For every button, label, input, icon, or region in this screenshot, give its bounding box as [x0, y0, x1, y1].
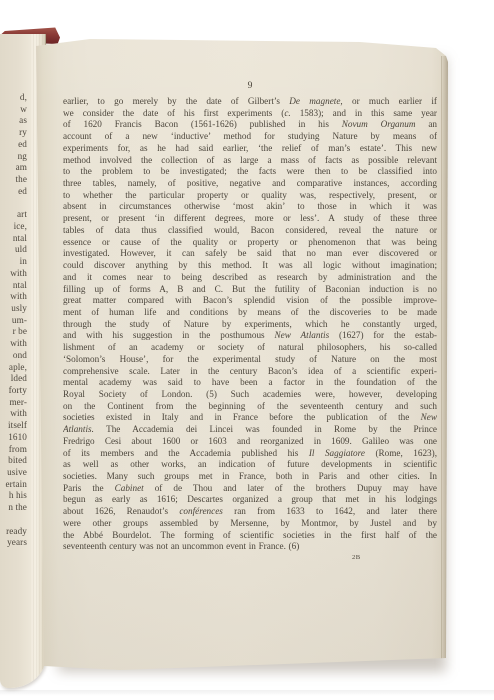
- text-line: absent in circumstances otherwise ‘most …: [63, 201, 437, 213]
- text-line: comprehensive scale. Later in the centur…: [63, 366, 437, 378]
- text-line: Fredrigo Cesi about 1600 or 1603 and reo…: [63, 436, 437, 448]
- text-line: filling up of forms A, B and C. But the …: [63, 284, 437, 296]
- text-line: as well as other works, an indication of…: [63, 459, 437, 471]
- text-line: great matter compared with Bacon’s splen…: [63, 295, 437, 307]
- left-page-text-fragments: d,wasryedngamtheed artice,ntaluldinwithn…: [0, 92, 27, 549]
- left-page-line-fragment: ng: [0, 151, 27, 163]
- left-page-line-fragment: ntal: [0, 280, 27, 292]
- text-line: Royal Society of London. (5) Such academ…: [63, 389, 437, 401]
- left-page-line-fragment: with: [0, 268, 27, 280]
- left-page-line-fragment: [0, 514, 27, 526]
- table-shadow: [0, 690, 494, 696]
- left-page-line-fragment: from: [0, 444, 27, 456]
- left-page-line-fragment: ice,: [0, 221, 27, 233]
- text-line: through the study of Nature by experimen…: [63, 319, 437, 331]
- text-line: of 1620 Francis Bacon (1561-1626) publis…: [63, 119, 437, 131]
- left-page-line-fragment: d,: [0, 92, 27, 104]
- left-page-line-fragment: w: [0, 104, 27, 116]
- left-page-line-fragment: art: [0, 209, 27, 221]
- page-text-block: earlier, to go merely by the date of Gil…: [63, 96, 437, 553]
- text-line: and with his suggestion in the posthumou…: [63, 330, 437, 342]
- text-line: earlier, to go merely by the date of Gil…: [63, 96, 437, 108]
- text-line: could discover anything by this method. …: [63, 260, 437, 272]
- left-page-line-fragment: with: [0, 408, 27, 420]
- text-line: tables of data thus classified would, Ba…: [63, 225, 437, 237]
- text-line: societies existed in Italy and in France…: [63, 412, 437, 424]
- text-line: on the Continent from the beginning of t…: [63, 401, 437, 413]
- text-line: of its members and the Accademia publish…: [63, 448, 437, 460]
- left-page-line-fragment: um-: [0, 315, 27, 327]
- left-page-line-fragment: am: [0, 162, 27, 174]
- text-line: Paris the Cabinet of de Thou and later o…: [63, 483, 437, 495]
- text-line: Atlantis. The Accademia dei Lincei was f…: [63, 424, 437, 436]
- text-line: to whether the particular property or qu…: [63, 190, 437, 202]
- left-page-line-fragment: n the: [0, 502, 27, 514]
- text-line: ment of human life and conditions by mea…: [63, 307, 437, 319]
- left-page-line-fragment: ond: [0, 350, 27, 362]
- book-photo: d,wasryedngamtheed artice,ntaluldinwithn…: [0, 0, 494, 700]
- left-page-line-fragment: ed: [0, 186, 27, 198]
- text-line: experiments for, as he had said earlier,…: [63, 143, 437, 155]
- left-page-line-fragment: ready: [0, 526, 27, 538]
- text-line: and it comes near to being described as …: [63, 272, 437, 284]
- text-line: account of a new ‘inductive’ method for …: [63, 131, 437, 143]
- text-line: three tables, namely, of positive, negat…: [63, 178, 437, 190]
- text-line: investigated. However, it can safely be …: [63, 248, 437, 260]
- text-line: seventeenth century was not an uncommon …: [63, 541, 437, 553]
- text-line: we consider the date of his first experi…: [63, 108, 437, 120]
- left-page-line-fragment: ntal: [0, 233, 27, 245]
- left-page-line-fragment: lded: [0, 373, 27, 385]
- left-page-line-fragment: [0, 197, 27, 209]
- left-page-line-fragment: 1610: [0, 432, 27, 444]
- left-page-line-fragment: ry: [0, 127, 27, 139]
- text-line: lishment of an academy or society of nat…: [63, 342, 437, 354]
- left-page-line-fragment: with: [0, 291, 27, 303]
- left-page-line-fragment: years: [0, 537, 27, 549]
- text-line: ‘Solomon’s House’, for the experimental …: [63, 354, 437, 366]
- text-line: essence or cause of the quality or prope…: [63, 237, 437, 249]
- left-page-line-fragment: usive: [0, 467, 27, 479]
- left-page-line-fragment: the: [0, 174, 27, 186]
- left-page-line-fragment: with: [0, 338, 27, 350]
- left-page-line-fragment: as: [0, 115, 27, 127]
- text-line: to the problem to be investigated; the f…: [63, 166, 437, 178]
- left-page-line-fragment: forty: [0, 385, 27, 397]
- text-line: mental academy was said to have been a f…: [63, 377, 437, 389]
- printers-signature: 2B: [352, 554, 382, 561]
- left-page-line-fragment: in: [0, 256, 27, 268]
- left-page-line-fragment: usly: [0, 303, 27, 315]
- left-page-line-fragment: aple,: [0, 362, 27, 374]
- right-page: 9 earlier, to go merely by the date of G…: [34, 36, 448, 676]
- left-page-line-fragment: ed: [0, 139, 27, 151]
- text-line: societies. Many such groups met in Franc…: [63, 471, 437, 483]
- left-page-line-fragment: mer-: [0, 397, 27, 409]
- left-page-line-fragment: h his: [0, 490, 27, 502]
- text-line: begun as early as 1616; Descartes organi…: [63, 494, 437, 506]
- text-line: the Abbé Bourdelot. The forming of scien…: [63, 530, 437, 542]
- left-page-line-fragment: uld: [0, 244, 27, 256]
- page-number: 9: [63, 80, 437, 92]
- left-page-line-fragment: ertain: [0, 479, 27, 491]
- text-line: about 1626, Renaudot’s conférences ran f…: [63, 506, 437, 518]
- text-line: were other groups assembled by Mersenne,…: [63, 518, 437, 530]
- left-page-line-fragment: bited: [0, 455, 27, 467]
- text-line: present, or present ‘in different degree…: [63, 213, 437, 225]
- left-page-line-fragment: r be: [0, 326, 27, 338]
- right-page-fore-edge: [441, 56, 448, 668]
- left-page-line-fragment: itself: [0, 420, 27, 432]
- text-line: method involved the collection of as lar…: [63, 155, 437, 167]
